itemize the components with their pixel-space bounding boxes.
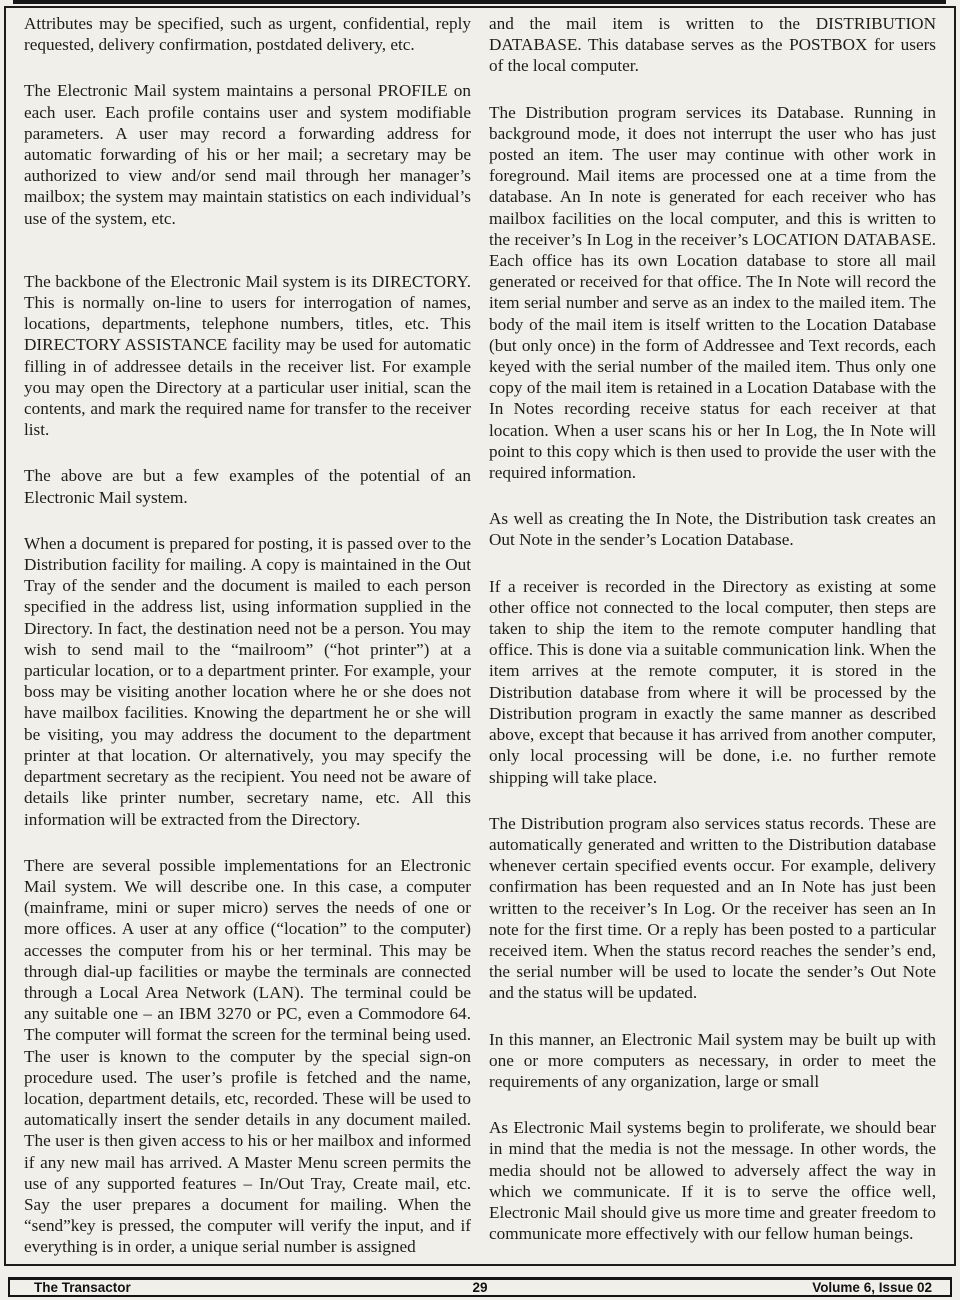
paragraph: If a receiver is recorded in the Directo… [489, 576, 936, 788]
left-column: Attributes may be specified, such as urg… [24, 13, 471, 1264]
paragraph: There are several possible implementatio… [24, 855, 471, 1258]
paragraph: The backbone of the Electronic Mail syst… [24, 271, 471, 441]
paragraph: The Distribution program services its Da… [489, 102, 936, 484]
right-column: and the mail item is written to the DIST… [489, 13, 936, 1264]
paragraph: As well as creating the In Note, the Dis… [489, 508, 936, 550]
paragraph: The Distribution program also services s… [489, 813, 936, 1004]
page-footer: The Transactor 29 Volume 6, Issue 02 [8, 1277, 952, 1297]
paragraph: As Electronic Mail systems begin to prol… [489, 1117, 936, 1244]
paragraph: The Electronic Mail system maintains a p… [24, 80, 471, 228]
footer-page-number: 29 [10, 1280, 950, 1295]
article-body: Attributes may be specified, such as urg… [4, 6, 956, 1266]
footer-issue-label: Volume 6, Issue 02 [812, 1280, 950, 1295]
paragraph: The above are but a few examples of the … [24, 465, 471, 507]
paragraph: In this manner, an Electronic Mail syste… [489, 1029, 936, 1093]
paragraph: When a document is prepared for posting,… [24, 533, 471, 830]
magazine-page: Attributes may be specified, such as urg… [0, 0, 960, 1300]
paragraph: Attributes may be specified, such as urg… [24, 13, 471, 55]
scan-edge-strip [13, 0, 946, 4]
paragraph: and the mail item is written to the DIST… [489, 13, 936, 77]
